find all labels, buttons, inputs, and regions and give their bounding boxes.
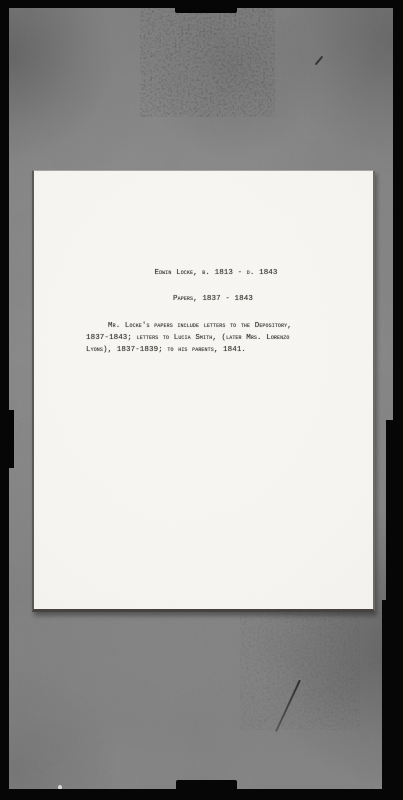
catalog-card: Edwin Locke, b. 1813 - d. 1843 Papers, 1… <box>32 170 375 612</box>
film-frame: Edwin Locke, b. 1813 - d. 1843 Papers, 1… <box>0 0 403 800</box>
film-tab-bottom <box>176 780 237 800</box>
card-description-line: Mr. Locke's papers include letters to th… <box>86 320 344 332</box>
card-text-block: Edwin Locke, b. 1813 - d. 1843 Papers, 1… <box>82 269 344 357</box>
card-description-line: Lyons), 1837-1839; to his parents, 1841. <box>86 344 344 356</box>
card-title: Edwin Locke, b. 1813 - d. 1843 <box>88 269 344 277</box>
film-tab-top <box>175 0 237 13</box>
card-description-line: 1837-1843; letters to Lucia Smith, (late… <box>86 332 344 344</box>
card-subtitle: Papers, 1837 - 1843 <box>82 295 344 303</box>
film-notch-right <box>386 420 403 602</box>
film-border-left <box>0 0 9 800</box>
film-notch-left <box>0 410 14 468</box>
card-description: Mr. Locke's papers include letters to th… <box>86 320 344 357</box>
film-notch-right-lower <box>382 600 403 800</box>
